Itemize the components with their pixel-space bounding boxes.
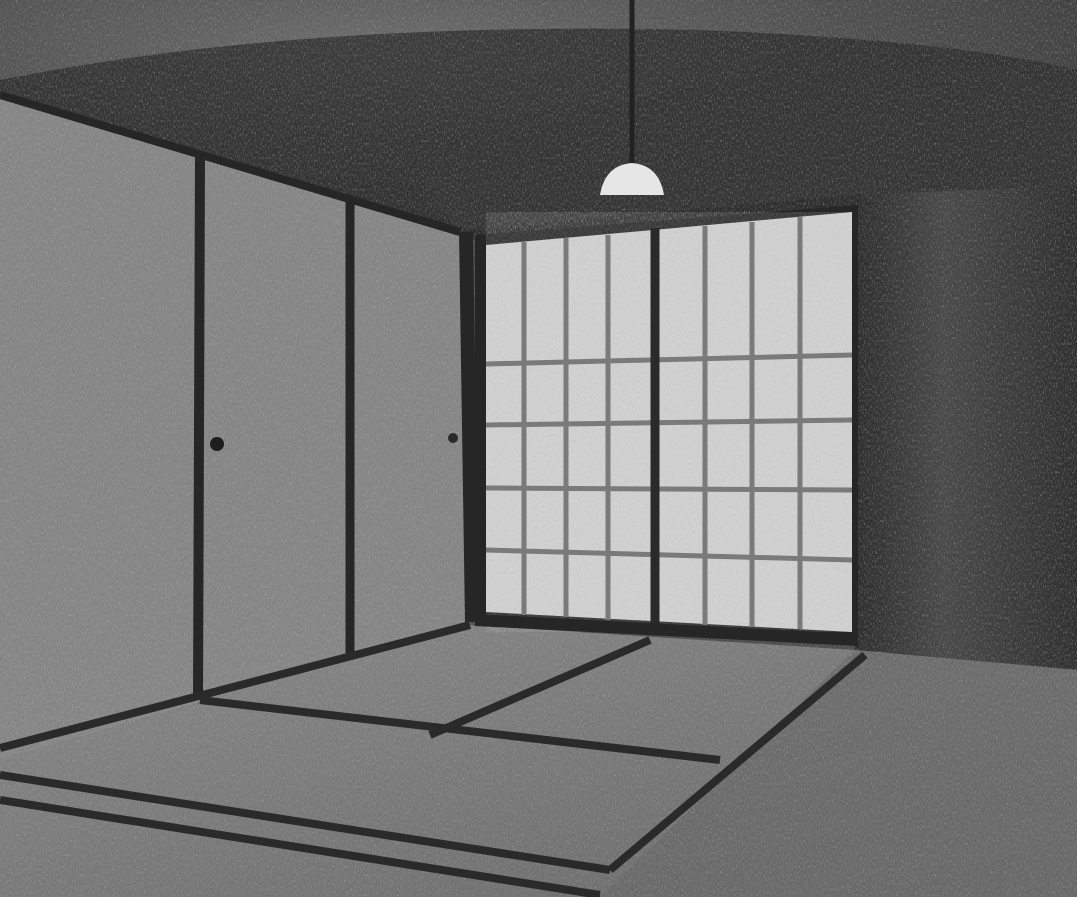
door-pull-handle <box>210 437 224 451</box>
room-illustration <box>0 0 1077 897</box>
door-pull-handle <box>448 433 458 443</box>
right-wall <box>855 185 1077 670</box>
shoji-window <box>475 205 858 640</box>
tatami-room-photo <box>0 0 1077 897</box>
